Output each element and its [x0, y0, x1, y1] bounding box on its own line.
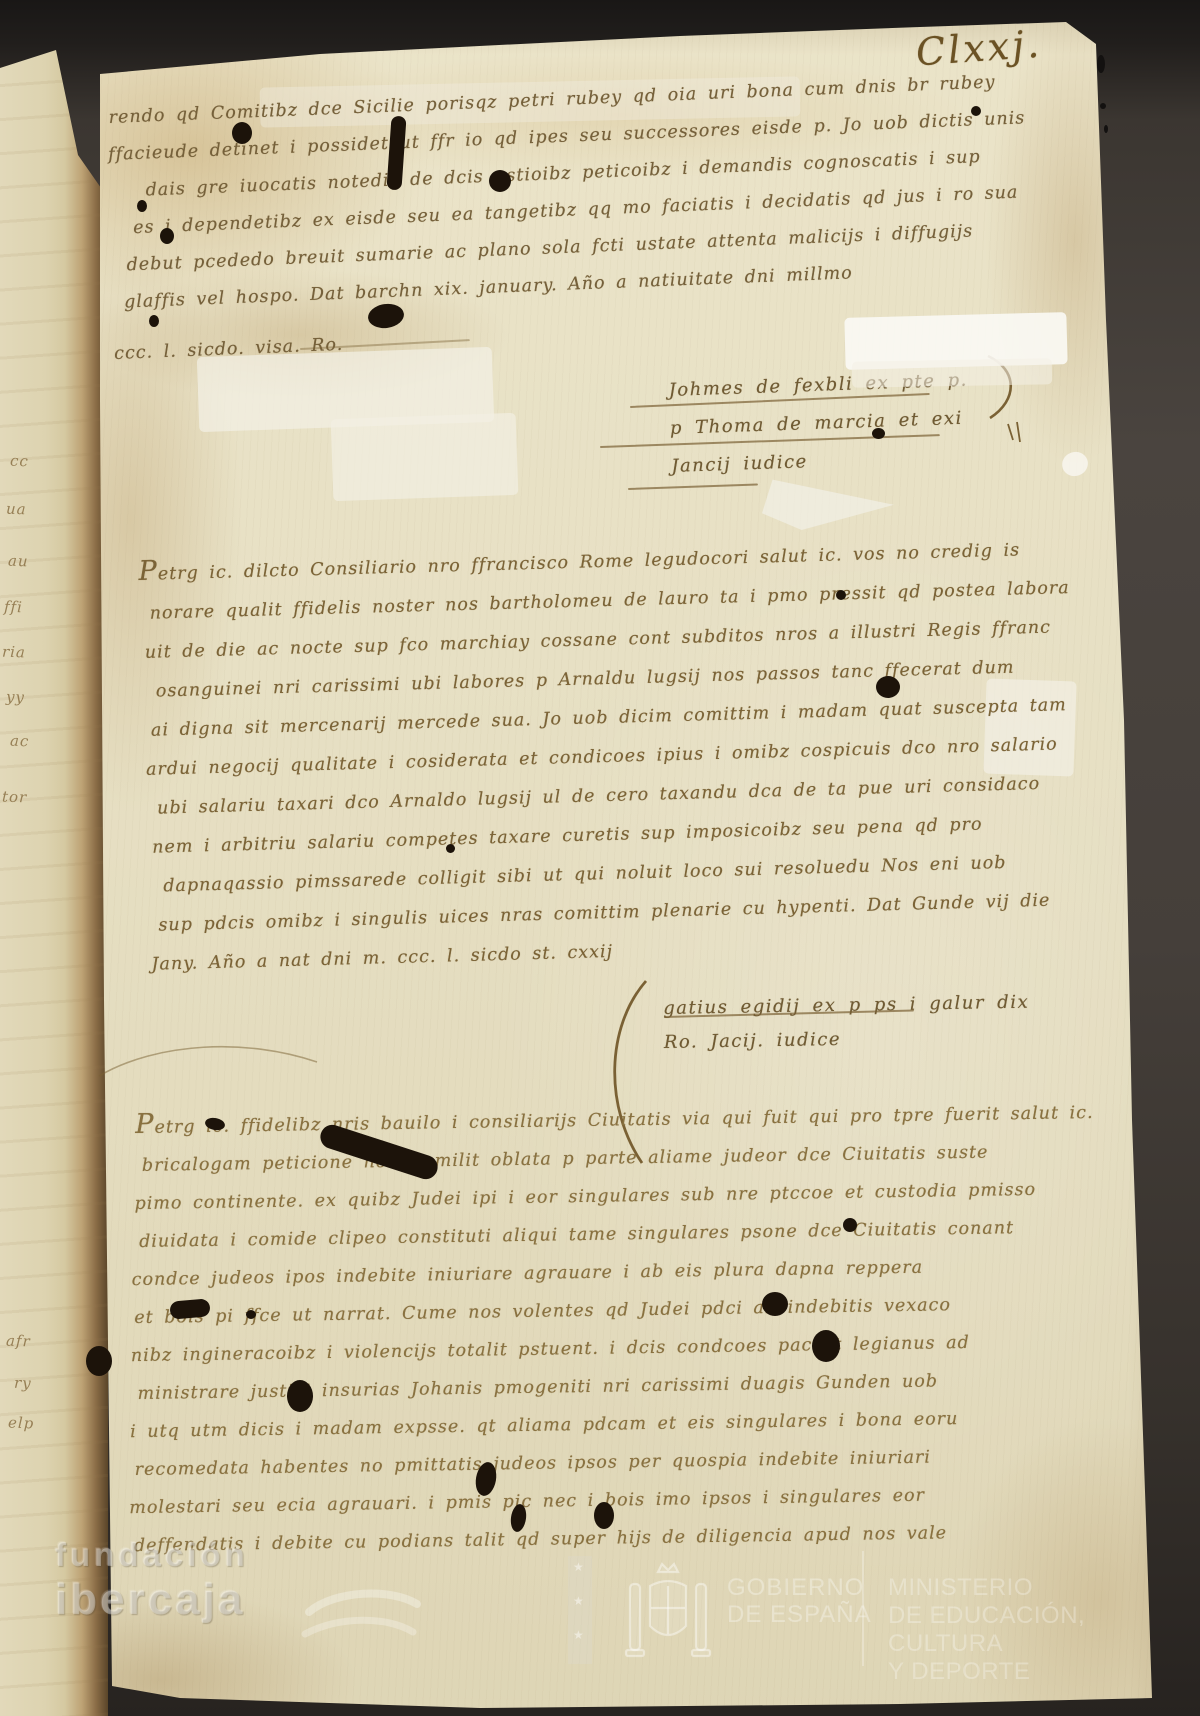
margin-text-fragment: ry — [14, 1374, 32, 1393]
ink-blot — [594, 1502, 614, 1529]
margin-text-fragment: ffi — [4, 598, 24, 617]
ink-blot — [246, 1310, 256, 1319]
ink-blot — [872, 428, 885, 439]
ink-blot — [843, 1218, 857, 1232]
ink-blot — [489, 170, 511, 192]
ministerio-watermark-line3: Y DEPORTE — [888, 1658, 1200, 1686]
ink-blot — [876, 676, 900, 698]
ink-blot — [971, 106, 981, 116]
registrar-note-2: gatius egidij ex p ps i galur dix Ro. Ja… — [663, 986, 1030, 1060]
margin-text-fragment: cc — [10, 452, 29, 471]
margin-text-fragment: tor — [2, 788, 28, 807]
ink-blot — [137, 200, 147, 212]
star-icon: ★ — [573, 1628, 584, 1642]
watermark-divider — [862, 1551, 864, 1666]
paper-repair-patch — [331, 413, 519, 501]
ink-blot — [836, 590, 846, 600]
margin-text-fragment: ac — [10, 732, 30, 751]
ibercaja-watermark-line1: fundación — [55, 1538, 249, 1571]
manuscript-entry-3: Petrg ic. ffidelibz nris bauilo i consil… — [135, 1091, 1100, 1565]
ministerio-watermark-line2: DE EDUCACIÓN, CULTURA — [888, 1602, 1200, 1658]
ibercaja-swoosh-icon — [295, 1582, 425, 1654]
star-icon: ★ — [573, 1594, 584, 1608]
star-icon: ★ — [573, 1560, 584, 1574]
spain-coat-of-arms-icon — [620, 1552, 716, 1668]
ministerio-watermark: MINISTERIO DE EDUCACIÓN, CULTURA Y DEPOR… — [888, 1574, 1200, 1686]
ink-blot — [160, 228, 174, 244]
gobierno-watermark-line2: DE ESPAÑA — [727, 1601, 872, 1628]
registrar-note-line: Ro. Jacij. iudice — [664, 1020, 1030, 1060]
gobierno-watermark: GOBIERNO DE ESPAÑA — [727, 1574, 872, 1628]
ink-blot — [149, 315, 159, 327]
manuscript-photo: { "manuscript": { "folio_number": "Clxxj… — [0, 0, 1200, 1716]
ink-blot — [287, 1380, 313, 1412]
margin-text-fragment: elp — [8, 1414, 35, 1433]
ministerio-watermark-line1: MINISTERIO — [888, 1574, 1200, 1602]
gobierno-watermark-line1: GOBIERNO — [727, 1574, 872, 1601]
ink-blot — [232, 122, 252, 144]
ink-blot — [86, 1346, 112, 1376]
registrar-note-line: gatius egidij ex p ps i galur dix — [663, 986, 1029, 1026]
ink-blot — [812, 1330, 840, 1362]
book-gutter-page-edges — [0, 50, 108, 1716]
ink-blot — [762, 1292, 788, 1316]
manuscript-entry-2: Petrg ic. dilcto Consiliario nro ffranci… — [138, 526, 1080, 985]
ibercaja-watermark: fundación ibercaja — [55, 1538, 249, 1622]
eu-flag-bar: ★ ★ ★ — [568, 1556, 592, 1664]
backdrop-speck — [1097, 55, 1105, 73]
margin-text-fragment: ria — [2, 643, 27, 662]
backdrop-speck — [1104, 125, 1108, 133]
stray-pen-curve — [95, 1032, 325, 1084]
ibercaja-watermark-line2: ibercaja — [55, 1578, 249, 1622]
paper-repair-tape — [852, 358, 1052, 387]
margin-text-fragment: ua — [6, 500, 27, 519]
ink-blot — [446, 844, 455, 853]
backdrop-speck — [1100, 103, 1106, 109]
margin-text-fragment: afr — [6, 1332, 31, 1351]
margin-text-fragment: au — [8, 552, 29, 571]
margin-text-fragment: yy — [6, 688, 26, 707]
